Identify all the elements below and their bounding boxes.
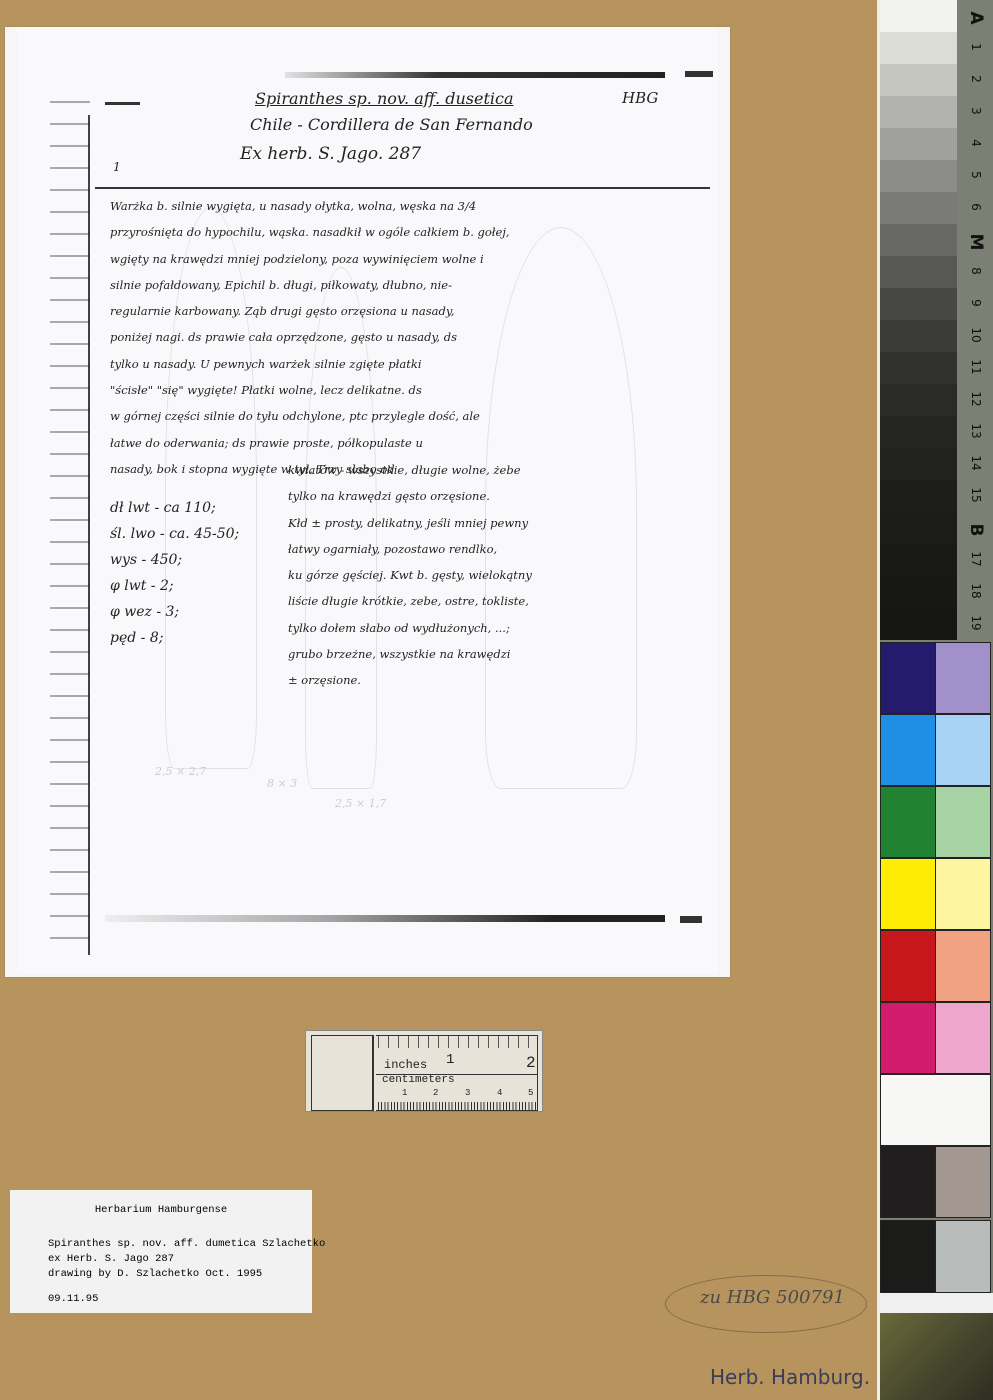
color-patch <box>880 786 936 858</box>
photocopy-edge-artifact <box>50 87 90 947</box>
text-line: silnie pofałdowany, Epichil b. długi, pi… <box>110 272 670 298</box>
text-line: poniżej nagi. ds prawie cała oprzędzone,… <box>110 324 670 350</box>
description-text: Warżka b. silnie wygięta, u nasady ołytk… <box>110 193 670 482</box>
measurement: φ lwt - 2; <box>110 573 239 599</box>
gray-patch <box>880 608 957 640</box>
ruler-blank-box <box>311 1035 374 1111</box>
color-patch <box>880 1002 936 1074</box>
gray-patch <box>880 480 957 512</box>
centimeters-label: centimeters <box>382 1074 455 1086</box>
color-patch <box>935 642 991 714</box>
text-line: "ścisłe" "się" wygięte! Płatki wolne, le… <box>110 377 670 403</box>
gray-scale-label: 12 <box>969 382 983 416</box>
color-patch <box>935 1146 991 1218</box>
gray-scale-label: 11 <box>969 350 983 384</box>
taxon-name: Spiranthes sp. nov. aff. dumetica Szlach… <box>48 1238 325 1250</box>
color-patch <box>880 930 936 1002</box>
gray-scale-label: 10 <box>969 318 983 352</box>
text-line: przyrośnięta do hypochilu, wąska. nasadk… <box>110 219 670 245</box>
cm-mark: 3 <box>465 1088 470 1098</box>
text-line: ku górze gęściej. Kwt b. gęsty, wielokąt… <box>288 562 532 588</box>
collection-reference: Ex herb. S. Jago. 287 <box>240 144 421 164</box>
scale-ruler: inches 1 2 centimeters 1 2 3 4 5 <box>305 1030 543 1112</box>
gray-patch <box>880 224 957 256</box>
gray-scale-label: 17 <box>969 542 983 576</box>
gray-scale-label: 15 <box>969 478 983 512</box>
ruler-scale: inches 1 2 centimeters 1 2 3 4 5 <box>376 1035 538 1111</box>
measurement: wys - 450; <box>110 547 239 573</box>
cm-mark: 1 <box>402 1088 407 1098</box>
color-calibration-target: A123456M89101112131415B171819 <box>877 0 993 1400</box>
text-line: Kłd ± prosty, delikatny, jeśli mniej pew… <box>288 510 532 536</box>
description-continuation: kwiatów - wszystkie, długie wolne, żebe … <box>288 457 532 694</box>
gray-scale-label: 2 <box>969 62 983 96</box>
color-patch <box>880 714 936 786</box>
target-dark-area <box>880 1313 993 1400</box>
gray-patch <box>880 416 957 448</box>
gray-patch <box>880 256 957 288</box>
color-patch <box>935 714 991 786</box>
cm-mark: 4 <box>497 1088 502 1098</box>
text-line: w górnej części silnie do tyłu odchylone… <box>110 403 670 429</box>
locality: Chile - Cordillera de San Fernando <box>250 115 533 134</box>
measurement: pęd - 8; <box>110 625 239 651</box>
color-patch <box>880 642 936 714</box>
cm-mark: 5 <box>528 1088 533 1098</box>
gray-scale-label: 4 <box>969 126 983 160</box>
gray-patch <box>880 384 957 416</box>
inch-ticks <box>378 1036 536 1048</box>
gray-patch <box>880 64 957 96</box>
color-patch <box>935 786 991 858</box>
text-line: tylko u nasady. U pewnych warżek silnie … <box>110 351 670 377</box>
color-patch <box>880 1146 936 1218</box>
measurement: φ wez - 3; <box>110 599 239 625</box>
gray-scale-label: 5 <box>969 158 983 192</box>
bottom-copy-bar-end <box>680 916 702 923</box>
text-line: ± orzęsione. <box>288 667 532 693</box>
header-divider <box>95 187 710 189</box>
gray-scale-label: 8 <box>969 254 983 288</box>
header-dash <box>105 102 140 105</box>
color-patch <box>880 858 936 930</box>
herbarium-label: Herbarium Hamburgense Spiranthes sp. nov… <box>10 1190 312 1313</box>
margin-line <box>88 115 90 955</box>
gray-scale-label: 3 <box>969 94 983 128</box>
measurements-list: dł lwt - ca 110; śl. lwo - ca. 45-50; wy… <box>110 495 239 651</box>
color-patch <box>880 1220 936 1293</box>
text-line: regularnie karbowany. Ząb drugi gęsto or… <box>110 298 670 324</box>
color-patch <box>935 930 991 1002</box>
measurement: dł lwt - ca 110; <box>110 495 239 521</box>
top-copy-bar <box>285 72 665 78</box>
label-date: 09.11.95 <box>48 1293 98 1305</box>
bottom-copy-bar <box>105 915 665 922</box>
gray-scale-label: 18 <box>969 574 983 608</box>
gray-scale-label: 1 <box>969 30 983 64</box>
text-line: tylko dołem słabo od wydłużonych, ...; <box>288 615 532 641</box>
gray-scale-label: 19 <box>969 606 983 640</box>
sketch-dimension: 8 × 3 <box>267 777 297 790</box>
sketch-dimension: 2,5 × 2,7 <box>155 765 206 778</box>
gray-patch <box>880 448 957 480</box>
drawing-credit: drawing by D. Szlachetko Oct. 1995 <box>48 1268 262 1280</box>
text-line: wgięty na krawędzi mniej podzielony, poz… <box>110 246 670 272</box>
text-line: kwiatów - wszystkie, długie wolne, żebe <box>288 457 532 483</box>
herbarium-code: HBG <box>622 89 658 107</box>
cm-mark: 2 <box>433 1088 438 1098</box>
color-patch <box>935 858 991 930</box>
gray-patch <box>880 96 957 128</box>
gray-patch <box>880 0 957 32</box>
gray-patch <box>880 576 957 608</box>
gray-patch <box>880 352 957 384</box>
sketch-dimension: 2,5 × 1,7 <box>335 797 386 810</box>
white-patch <box>880 1074 991 1146</box>
text-line: łatwy ogarniały, pozostawo rendlko, <box>288 536 532 562</box>
inch-mark: 2 <box>526 1054 536 1072</box>
gray-scale-label: 13 <box>969 414 983 448</box>
target-white-bar <box>880 1293 993 1313</box>
text-line: łatwe do oderwania; ds prawie proste, pó… <box>110 430 670 456</box>
text-line: Warżka b. silnie wygięta, u nasady ołytk… <box>110 193 670 219</box>
source-herbarium: ex Herb. S. Jago 287 <box>48 1253 174 1265</box>
gray-patch <box>880 32 957 64</box>
gray-scale-label: 9 <box>969 286 983 320</box>
gray-patch <box>880 128 957 160</box>
gray-patch <box>880 160 957 192</box>
text-line: grubo brzeżne, wszystkie na krawędzi <box>288 641 532 667</box>
cm-ticks <box>378 1102 536 1110</box>
measurement: śl. lwo - ca. 45-50; <box>110 521 239 547</box>
barcode-reference: zu HBG 500791 <box>700 1287 845 1308</box>
text-line: liście długie krótkie, zebe, ostre, tokl… <box>288 588 532 614</box>
gray-patch <box>880 288 957 320</box>
specimen-title: Spiranthes sp. nov. aff. dusetica <box>255 89 514 108</box>
manuscript-sheet: 2,5 × 2,7 8 × 3 2,5 × 1,7 Spiranthes sp.… <box>5 27 730 977</box>
gray-patch <box>880 320 957 352</box>
top-copy-bar-end <box>685 71 713 77</box>
gray-patch <box>880 192 957 224</box>
gray-scale-label: 14 <box>969 446 983 480</box>
institution-name: Herbarium Hamburgense <box>10 1204 312 1216</box>
page-number: 1 <box>113 160 121 174</box>
color-patch <box>935 1220 991 1293</box>
inches-label: inches <box>384 1058 427 1072</box>
inch-mark: 1 <box>446 1052 454 1068</box>
herbarium-stamp: Herb. Hamburg. <box>710 1365 870 1389</box>
gray-scale-label: 6 <box>969 190 983 224</box>
gray-patch <box>880 512 957 544</box>
gray-patch <box>880 544 957 576</box>
color-patch <box>935 1002 991 1074</box>
text-line: tylko na krawędzi gęsto orzęsione. <box>288 483 532 509</box>
